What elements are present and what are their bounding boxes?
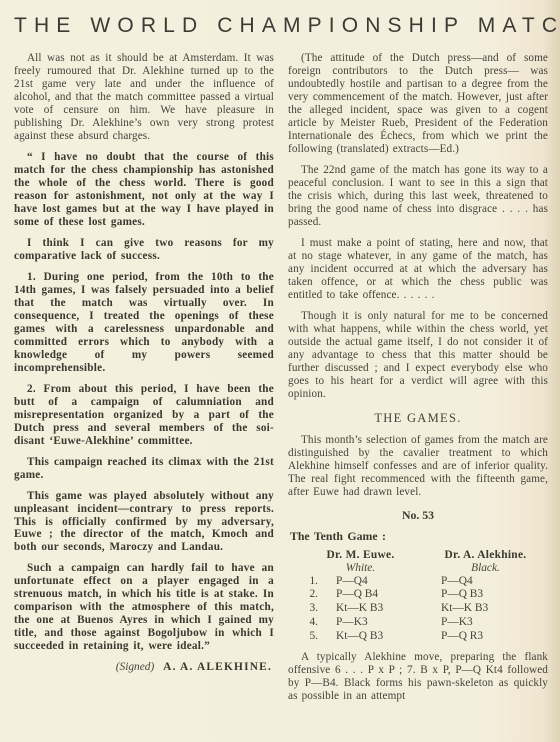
move-number: 3. xyxy=(298,602,326,616)
move-number: 4. xyxy=(298,616,326,630)
alekhine-quote-paragraph: This game was played absolutely without … xyxy=(14,490,274,555)
move-number: 5. xyxy=(298,630,326,644)
signed-prefix: (Signed) xyxy=(116,661,155,673)
black-move: P—Q B3 xyxy=(423,588,548,602)
move-row: 4. P—K3 P—K3 xyxy=(298,616,548,630)
games-intro-paragraph: This month’s selection of games from the… xyxy=(288,434,548,499)
rueb-paragraph: Though it is only natural for me to be c… xyxy=(288,310,548,401)
signed-name: A. A. ALEKHINE. xyxy=(163,661,272,673)
white-player-name: Dr. M. Euwe. xyxy=(298,549,423,561)
editor-note: (The attitude of the Dutch press—and of … xyxy=(288,52,548,156)
black-move: Kt—K B3 xyxy=(423,602,548,616)
games-section-heading: THE GAMES. xyxy=(288,411,548,426)
black-player-name: Dr. A. Alekhine. xyxy=(423,549,548,561)
move-number: 1. xyxy=(298,575,326,589)
white-label: White. xyxy=(298,562,423,574)
signature-line: (Signed) A. A. ALEKHINE. xyxy=(14,661,272,673)
move-row: 2. P—Q B4 P—Q B3 xyxy=(298,588,548,602)
page-title: THE WORLD CHAMPIONSHIP MATCH xyxy=(14,14,548,38)
white-move: P—K3 xyxy=(326,616,423,630)
alekhine-quote-paragraph: Such a campaign can hardly fail to have … xyxy=(14,562,274,653)
move-row: 1. P—Q4 P—Q4 xyxy=(298,575,548,589)
white-move: P—Q4 xyxy=(326,575,423,589)
black-label: Black. xyxy=(423,562,548,574)
game-number: No. 53 xyxy=(288,508,548,523)
alekhine-quote-paragraph: 1. During one period, from the 10th to t… xyxy=(14,271,274,375)
black-move: P—K3 xyxy=(423,616,548,630)
color-labels-row: White. Black. xyxy=(298,562,548,574)
black-move: P—Q4 xyxy=(423,575,548,589)
alekhine-quote-paragraph: 2. From about this period, I have been t… xyxy=(14,383,274,448)
white-move: Kt—Q B3 xyxy=(326,630,423,644)
intro-paragraph: All was not as it should be at Amsterdam… xyxy=(14,52,274,143)
move-row: 3. Kt—K B3 Kt—K B3 xyxy=(298,602,548,616)
two-column-layout: All was not as it should be at Amsterdam… xyxy=(14,52,548,730)
game-score-table: Dr. M. Euwe. Dr. A. Alekhine. White. Bla… xyxy=(298,549,548,645)
alekhine-quote-paragraph: I think I can give two reasons for my co… xyxy=(14,237,274,263)
magazine-page: THE WORLD CHAMPIONSHIP MATCH All was not… xyxy=(0,0,560,742)
white-move: Kt—K B3 xyxy=(326,602,423,616)
move-row: 5. Kt—Q B3 P—Q R3 xyxy=(298,630,548,644)
right-column: (The attitude of the Dutch press—and of … xyxy=(288,52,548,730)
alekhine-quote-paragraph: “ I have no doubt that the course of thi… xyxy=(14,151,274,229)
players-row: Dr. M. Euwe. Dr. A. Alekhine. xyxy=(298,549,548,561)
white-move: P—Q B4 xyxy=(326,588,423,602)
left-column: All was not as it should be at Amsterdam… xyxy=(14,52,274,730)
move-number: 2. xyxy=(298,588,326,602)
rueb-paragraph: The 22nd game of the match has gone its … xyxy=(288,164,548,229)
annotation-paragraph: A typically Alekhine move, preparing the… xyxy=(288,651,548,703)
black-move: P—Q R3 xyxy=(423,630,548,644)
game-title: The Tenth Game : xyxy=(290,529,548,544)
alekhine-quote-paragraph: This campaign reached its climax with th… xyxy=(14,456,274,482)
rueb-paragraph: I must make a point of stating, here and… xyxy=(288,237,548,302)
